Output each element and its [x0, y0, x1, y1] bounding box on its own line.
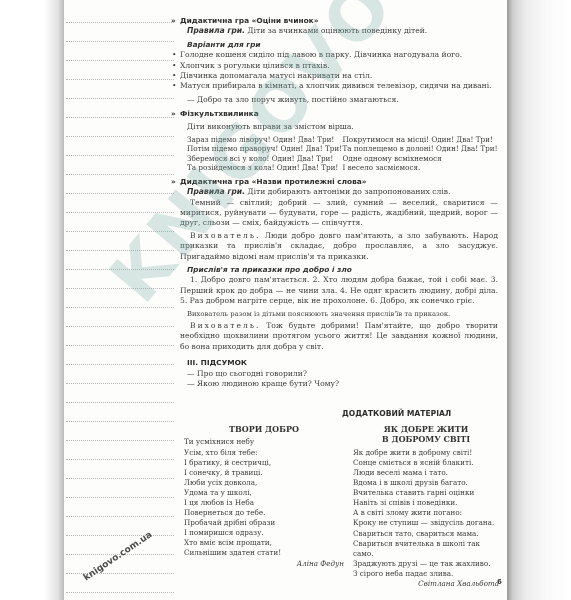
margin-rule-line: [66, 364, 174, 365]
physical-heading: » Фізкультхвилинка: [180, 109, 498, 119]
margin-rule-line: [66, 535, 174, 536]
game1-variants-list: Голодне кошеня сиділо під лавою в парку.…: [180, 50, 498, 92]
page-right-shadow: [507, 0, 571, 600]
margin-rule-line: [66, 345, 174, 346]
margin-rule-line: [66, 231, 174, 232]
margin-rule-line: [66, 79, 174, 80]
list-item: Хлопчик з рогульки цілився в птахів.: [180, 61, 498, 71]
margin-rule-line: [66, 269, 174, 270]
margin-rule-line: [66, 288, 174, 289]
proverbs-teacher: Вихователь. Тож будьте добрими! Пам'ятай…: [180, 321, 498, 352]
margin-rule-line: [66, 307, 174, 308]
margin-rule-line: [66, 421, 174, 422]
poem-line: Усім, хто біля тебе:: [184, 448, 344, 458]
game2-teacher: Вихователь. Люди добро довго пам'ятають,…: [180, 231, 498, 262]
poem2-author: Світлана Хвальбота: [353, 579, 499, 589]
margin-rule-line: [66, 326, 174, 327]
poem-yak-dobre-zhyty: ЯК ДОБРЕ ЖИТИ В ДОБРОМУ СВІТІ Як добре ж…: [353, 424, 499, 589]
margin-rule-line: [66, 516, 174, 517]
margin-rule-line: [66, 117, 174, 118]
margin-rule-line: [66, 41, 174, 42]
game1-title: Дидактична гра «Оціни вчинок»: [180, 16, 318, 25]
margin-rule-line: [66, 459, 174, 460]
game2-title: Дидактична гра «Назви протилежні слова»: [180, 177, 367, 186]
list-item: Дівчинка допомагала матусі накривати на …: [180, 71, 498, 81]
poem-line: Люди веселі мама і тато.: [353, 468, 499, 478]
physical-intro: Діти виконують вправи за змістом вірша.: [180, 122, 498, 132]
margin-rule-line: [66, 136, 174, 137]
poem-line: Кроку не ступиш — звідусіль догана.: [353, 518, 499, 528]
poem-line: Сонце сміється в ясній блакиті.: [353, 458, 499, 468]
page-number: 6: [497, 578, 502, 586]
page-left-shadow: [0, 0, 64, 600]
list-item: Матуся прибирала в кімнаті, а хлопчик ди…: [180, 81, 498, 91]
poem-line: Вчителька ставить гарні оцінки: [353, 488, 499, 498]
poem-tvory-dobro: ТВОРИ ДОБРО Ти усміхнися небуУсім, хто б…: [184, 424, 344, 569]
poem-line: Пробачай дрібні образи: [184, 518, 344, 528]
proverbs-title: Прислів'я та приказки про добро і зло: [180, 265, 498, 275]
game1-variants-title: Варіанти для гри: [180, 40, 498, 50]
notes-margin: [66, 0, 174, 600]
list-item: Голодне кошеня сиділо під лавою в парку.…: [180, 50, 498, 60]
poem-line: Свариться вчителька в школі так само.: [353, 539, 499, 559]
margin-rule-line: [66, 155, 174, 156]
margin-rule-line: [66, 98, 174, 99]
poem-line: Як добре жити в доброму світі!: [353, 448, 499, 458]
margin-rule-line: [66, 250, 174, 251]
poem-line: Удома та у школі,: [184, 488, 344, 498]
margin-rule-line: [66, 440, 174, 441]
poem-line: Повернеться до тебе.: [184, 508, 344, 518]
game1-rules: Правила гри. Діти за вчинками оцінюють п…: [180, 26, 498, 36]
poem-line: Хто вміє всім прощати,: [184, 538, 344, 548]
margin-rule-line: [66, 193, 174, 194]
poem-line: Навіть зі співів і поведінки.: [353, 498, 499, 508]
poem-line: Люби усіх довкола,: [184, 478, 344, 488]
proverbs-note: Вихователь разом із дітьми пояснюють зна…: [180, 309, 498, 319]
poem-line: А в світі злому жити погано:: [353, 508, 499, 518]
poem-line: І сонечку, й травиці.: [184, 468, 344, 478]
poem-line: Ти усміхнися небу: [184, 437, 344, 447]
physical-poem-left: Зараз підемо ліворуч! Один! Два! Три! По…: [187, 135, 343, 173]
game2-rules: Правила гри. Діти добирають антоніми до …: [180, 187, 498, 197]
poem1-title: ТВОРИ ДОБРО: [184, 424, 344, 434]
proverbs-text: 1. Добро довго пам'ятається. 2. Хто людя…: [180, 275, 498, 306]
extra-heading: ДОДАТКОВИЙ МАТЕРІАЛ: [342, 409, 451, 418]
margin-rule-line: [66, 60, 174, 61]
poem-line: Вдома і в школі друзів багато.: [353, 478, 499, 488]
poem-line: І помиришся одразу.: [184, 528, 344, 538]
poem-line: Свариться тато, свариться мама.: [353, 529, 499, 539]
summary-heading: III. ПІДСУМОК: [180, 358, 498, 368]
poem-line: Зраджують друзі — це так жахливо.: [353, 559, 499, 569]
physical-poem-right: Покрутимося на місці! Один! Два! Три! Та…: [343, 135, 499, 173]
poem-line: І братику, й сестричці,: [184, 458, 344, 468]
poem-line: З сірого неба падає злива.: [353, 569, 499, 579]
book-page: » Дидактична гра «Оціни вчинок» Правила …: [64, 0, 507, 600]
summary-question: — Про що сьогодні говорили?: [180, 369, 498, 379]
margin-rule-line: [66, 22, 174, 23]
margin-rule-line: [66, 402, 174, 403]
poem-line: І ця любов із Неба: [184, 498, 344, 508]
game2-words: Темний — світлий; добрий — злий, сумний …: [180, 198, 498, 229]
section-marker-icon: »: [171, 109, 176, 119]
game2-heading: » Дидактична гра «Назви протилежні слова…: [180, 177, 498, 187]
margin-rule-line: [66, 383, 174, 384]
poem2-title: ЯК ДОБРЕ ЖИТИ В ДОБРОМУ СВІТІ: [353, 424, 499, 445]
margin-rule-line: [66, 478, 174, 479]
physical-title: Фізкультхвилинка: [180, 109, 259, 118]
section-marker-icon: »: [171, 177, 176, 187]
poem2-lines: Як добре жити в доброму світі!Сонце сміє…: [353, 448, 499, 579]
game1-conclusion: — Добро та зло поруч живуть, постійно зм…: [180, 95, 498, 105]
poem-line: Сильнішим здатен стати!: [184, 548, 344, 558]
poem1-lines: Ти усміхнися небуУсім, хто біля тебе:І б…: [184, 437, 344, 558]
physical-poem: Зараз підемо ліворуч! Один! Два! Три! По…: [180, 135, 498, 173]
margin-rule-line: [66, 212, 174, 213]
page-content: » Дидактична гра «Оціни вчинок» Правила …: [180, 16, 498, 389]
poem1-author: Аліна Федун: [184, 559, 344, 569]
margin-rule-line: [66, 497, 174, 498]
section-marker-icon: »: [171, 16, 176, 26]
summary-question: — Якою людиною краще бути? Чому?: [180, 379, 498, 389]
margin-rule-line: [66, 174, 174, 175]
game1-heading: » Дидактична гра «Оціни вчинок»: [180, 16, 498, 26]
margin-rule-line: [66, 592, 174, 593]
